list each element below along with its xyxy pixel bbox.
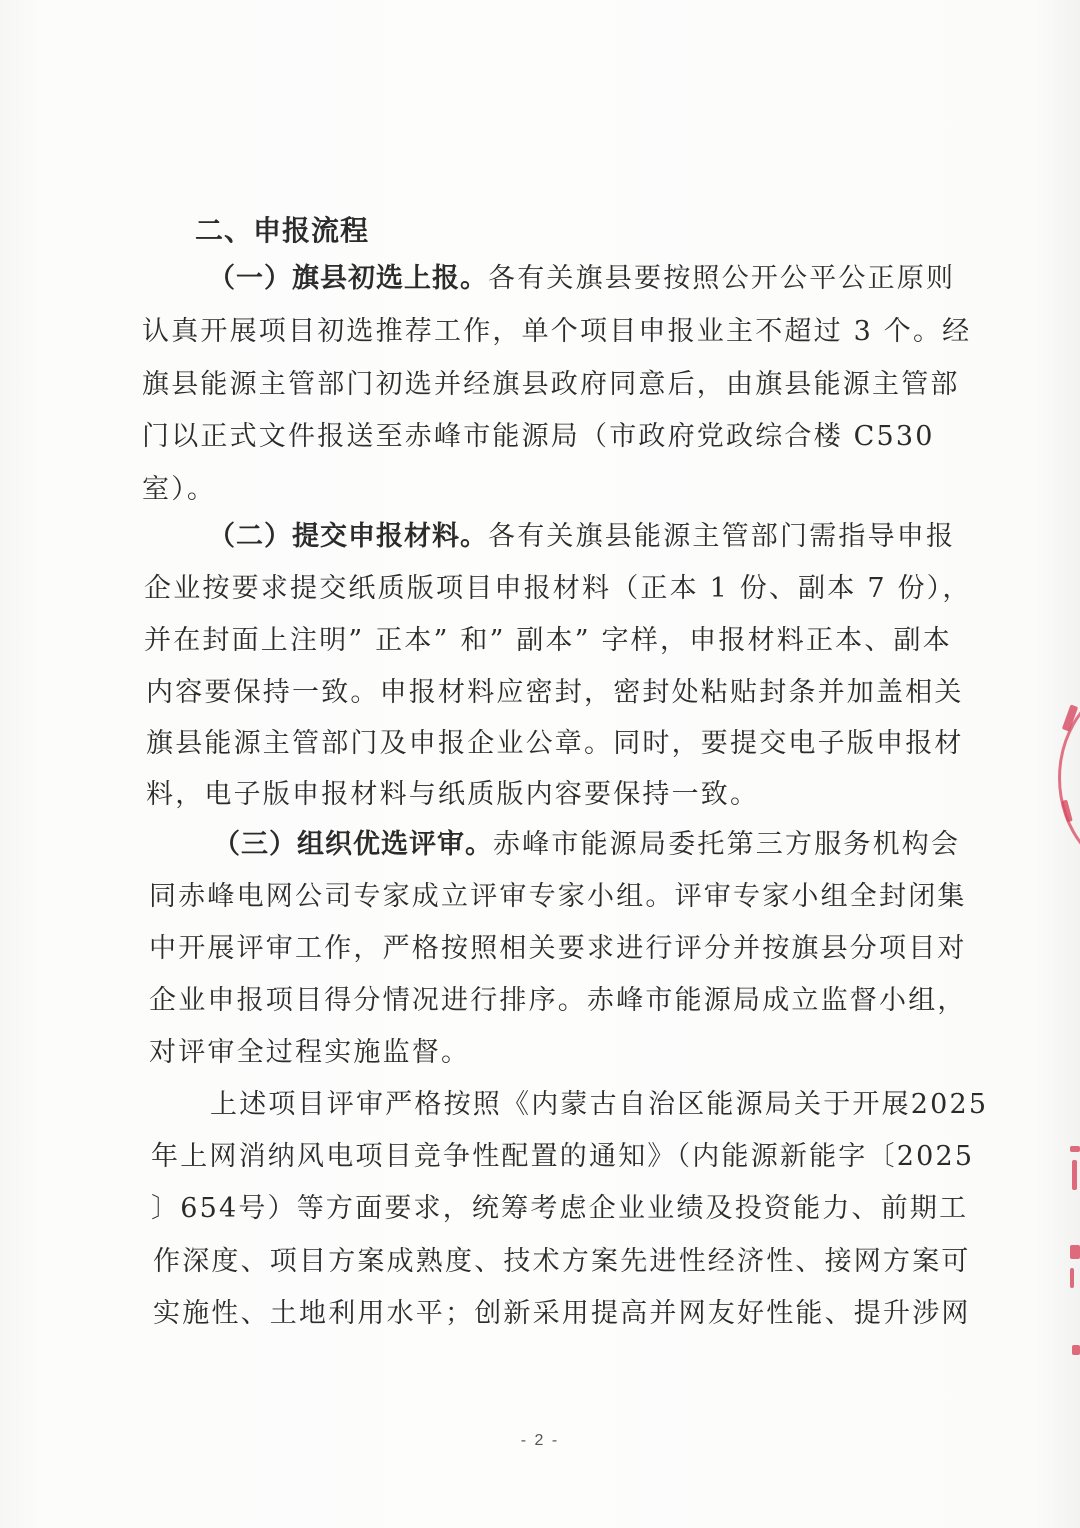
paragraph-4-line-4: 作深度、项目方案成熟度、技术方案先进性经济性、接网方案可 [153,1245,971,1279]
paragraph-3-line-4: 企业申报项目得分情况进行排序。赤峰市能源局成立监督小组， [149,984,967,1018]
paragraph-2-line-3: 并在封面上注明” 正本” 和” 副本” 字样，申报材料正本、副本 [144,624,952,658]
paragraph-2-line-4: 内容要保持一致。申报材料应密封，密封处粘贴封条并加盖相关 [146,676,964,710]
paragraph-4-line-2: 年上网消纳风电项目竞争性配置的通知》（内能源新能字〔2025 [151,1140,974,1174]
stamp-fragment [1072,1160,1077,1190]
paragraph-3-line-2: 同赤峰电网公司专家成立评审专家小组。评审专家小组全封闭集 [149,880,967,914]
paragraph-2-line-5: 旗县能源主管部门及申报企业公章。同时，要提交电子版申报材 [146,727,964,761]
paragraph-1-first-line: （一）旗县初选上报。各有关旗县要按照公开公平公正原则 [208,262,955,296]
stamp-fragment [1070,1146,1080,1152]
paragraph-4-line-1: 上述项目评审严格按照《内蒙古自治区能源局关于开展2025 [210,1088,988,1122]
paragraph-1-label: （一）旗县初选上报。 [208,263,488,294]
paragraph-3-line-5: 对评审全过程实施监督。 [149,1036,470,1070]
paragraph-4-line-3: 〕654号）等方面要求，统筹考虑企业业绩及投资能力、前期工 [151,1192,968,1226]
paragraph-2-label: （二）提交申报材料。 [208,521,488,552]
paragraph-1-line-4: 门以正式文件报送至赤峰市能源局（市政府党政综合楼 C530 [142,420,935,454]
paragraph-3-line-3: 中开展评审工作，严格按照相关要求进行评分并按旗县分项目对 [149,932,967,966]
page-number: - 2 - [0,1432,1080,1450]
stamp-fragment [1072,1345,1080,1355]
paragraph-2-line-1: 各有关旗县能源主管部门需指导申报 [488,521,955,552]
paragraph-3-first-line: （三）组织优选评审。赤峰市能源局委托第三方服务机构会 [213,828,960,862]
paragraph-3-label: （三）组织优选评审。 [213,829,493,860]
section-heading: 二、申报流程 [195,214,369,248]
stamp-fragment [1070,1245,1080,1259]
document-page: 二、申报流程 （一）旗县初选上报。各有关旗县要按照公开公平公正原则 认真开展项目… [0,0,1080,1528]
paragraph-2-first-line: （二）提交申报材料。各有关旗县能源主管部门需指导申报 [208,520,955,554]
paragraph-1-line-1: 各有关旗县要按照公开公平公正原则 [488,263,955,294]
paragraph-1-line-3: 旗县能源主管部门初选并经旗县政府同意后，由旗县能源主管部 [142,368,960,402]
paragraph-2-line-6: 料，电子版申报材料与纸质版内容要保持一致。 [146,778,759,812]
paragraph-1-line-2: 认真开展项目初选推荐工作，单个项目申报业主不超过 3 个。经 [142,315,971,349]
paragraph-3-line-1: 赤峰市能源局委托第三方服务机构会 [493,829,960,860]
paragraph-2-line-2: 企业按要求提交纸质版项目申报材料（正本 1 份、副本 7 份）， [144,572,972,606]
paragraph-4-line-5: 实施性、土地利用水平；创新采用提高并网友好性能、提升涉网 [153,1297,971,1331]
paragraph-1-line-5: 室）。 [142,473,216,507]
stamp-fragment [1070,1268,1074,1288]
